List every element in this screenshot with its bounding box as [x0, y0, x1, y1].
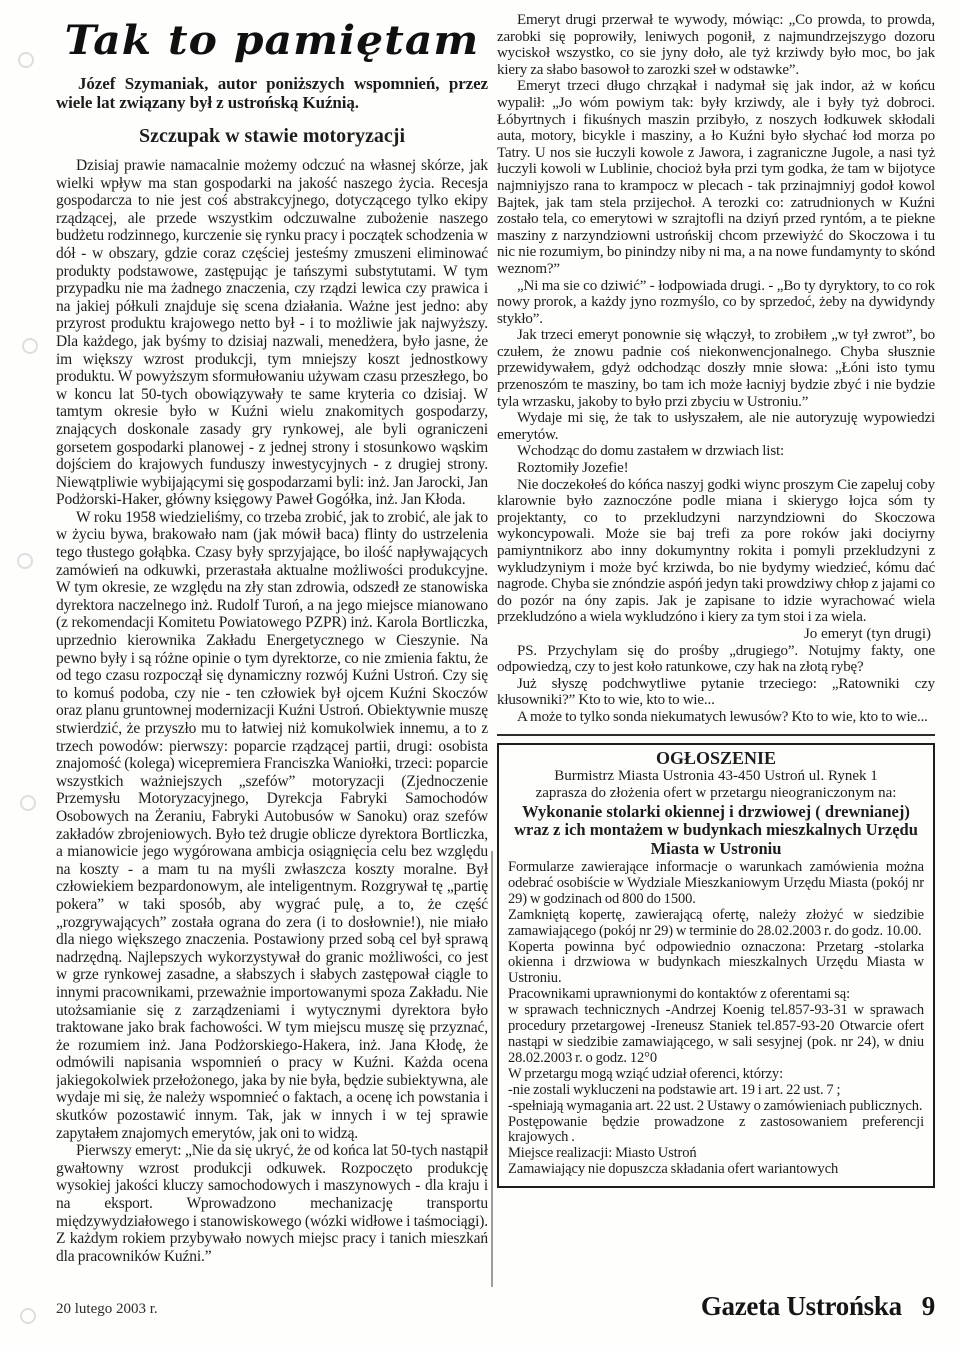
article-paragraph: Wydaje mi się, że tak to usłyszałem, ale… [497, 410, 935, 443]
article-byline: Józef Szymaniak, autor poniższych wspomn… [56, 75, 488, 112]
article-body-left: Dzisiaj prawie namacalnie możemy odczuć … [56, 157, 488, 1265]
newspaper-page: { "masthead": { "title": "Tak to pamięta… [0, 0, 960, 1346]
footer-newspaper-name: Gazeta Ustrońska [701, 1291, 902, 1321]
announcement-box: OGŁOSZENIE Burmistrz Miasta Ustronia 43-… [497, 743, 935, 1189]
article-paragraph: Dzisiaj prawie namacalnie możemy odczuć … [56, 157, 488, 509]
scan-hole-mark [18, 52, 34, 68]
article-body-right: Emeryt drugi przerwał te wywody, mówiąc:… [497, 12, 935, 726]
announcement-body: Formularze zawierające informacje o waru… [508, 860, 924, 1178]
article-column-left: Tak to pamiętam Józef Szymaniak, autor p… [56, 16, 488, 1292]
section-divider-rule [497, 734, 935, 736]
scan-hole-mark [17, 553, 33, 569]
announcement-paragraph: Postępowanie będzie prowadzone z zastoso… [508, 1115, 924, 1147]
announcement-paragraph: Koperta powinna być odpowiednio oznaczon… [508, 940, 924, 988]
article-column-right: Emeryt drugi przerwał te wywody, mówiąc:… [497, 12, 935, 1298]
scan-hole-mark [20, 795, 36, 811]
page-title: Tak to pamiętam [56, 20, 488, 62]
announcement-paragraph: -spełniają wymagania art. 22 ust. 2 Usta… [508, 1099, 924, 1115]
footer-newspaper-brand: Gazeta Ustrońska9 [701, 1291, 935, 1322]
announcement-paragraph: Pracownikami uprawnionymi do kontaktów z… [508, 987, 924, 1003]
article-paragraph: Wchodząc do domu zastałem w drzwiach lis… [497, 443, 935, 460]
article-headline: Szczupak w stawie motoryzacji [56, 125, 488, 148]
announcement-invitation: zaprasza do złożenia ofert w przetargu n… [508, 785, 924, 802]
article-paragraph: Już słyszę podchwytliwe pytanie trzecieg… [497, 676, 935, 709]
article-paragraph: A może to tylko sonda niekumatych lewusó… [497, 709, 935, 726]
footer-page-number: 9 [922, 1291, 935, 1321]
announcement-paragraph: -nie zostali wykluczeni na podstawie art… [508, 1083, 924, 1099]
announcement-paragraph: w sprawach technicznych -Andrzej Koenig … [508, 1003, 924, 1067]
article-paragraph: Emeryt drugi przerwał te wywody, mówiąc:… [497, 12, 935, 78]
article-paragraph: „Ni ma sie co dziwić” - łodpowiada drugi… [497, 278, 935, 328]
article-paragraph: W roku 1958 wiedzieliśmy, co trzeba zrob… [56, 509, 488, 1142]
scan-hole-mark [22, 338, 38, 354]
letter-signature: Jo emeryt (tyn drugi) [497, 626, 935, 643]
announcement-paragraph: Zamkniętą kopertę, zawierającą ofertę, n… [508, 908, 924, 940]
scan-hole-mark [20, 1308, 36, 1324]
article-paragraph: Emeryt trzeci długo chrząkał i nadymał s… [497, 78, 935, 277]
article-paragraph: Pierwszy emeryt: „Nie da się ukryć, że o… [56, 1142, 488, 1265]
article-paragraph: Nie doczekołeś do kóńca naszyj godki wiy… [497, 477, 935, 626]
article-paragraph: Roztomiły Jozefie! [497, 460, 935, 477]
article-paragraph: PS. Przychylam się do prośby „drugiego”.… [497, 643, 935, 676]
announcement-paragraph: Formularze zawierające informacje o waru… [508, 860, 924, 908]
announcement-subject: Wykonanie stolarki okiennej i drzwiowej … [508, 803, 924, 859]
article-paragraph: Jak trzeci emeryt ponownie się włączył, … [497, 327, 935, 410]
announcement-paragraph: W przetargu mogą wziąć udział oferenci, … [508, 1067, 924, 1083]
announcement-title: OGŁOSZENIE [508, 748, 924, 768]
footer-issue-date: 20 lutego 2003 r. [56, 1301, 158, 1318]
announcement-issuer: Burmistrz Miasta Ustronia 43-450 Ustroń … [508, 768, 924, 785]
announcement-paragraph: Miejsce realizacji: Miasto Ustroń [508, 1146, 924, 1162]
announcement-paragraph: Zamawiający nie dopuszcza składania ofer… [508, 1162, 924, 1178]
scan-fold-line [491, 851, 493, 1287]
